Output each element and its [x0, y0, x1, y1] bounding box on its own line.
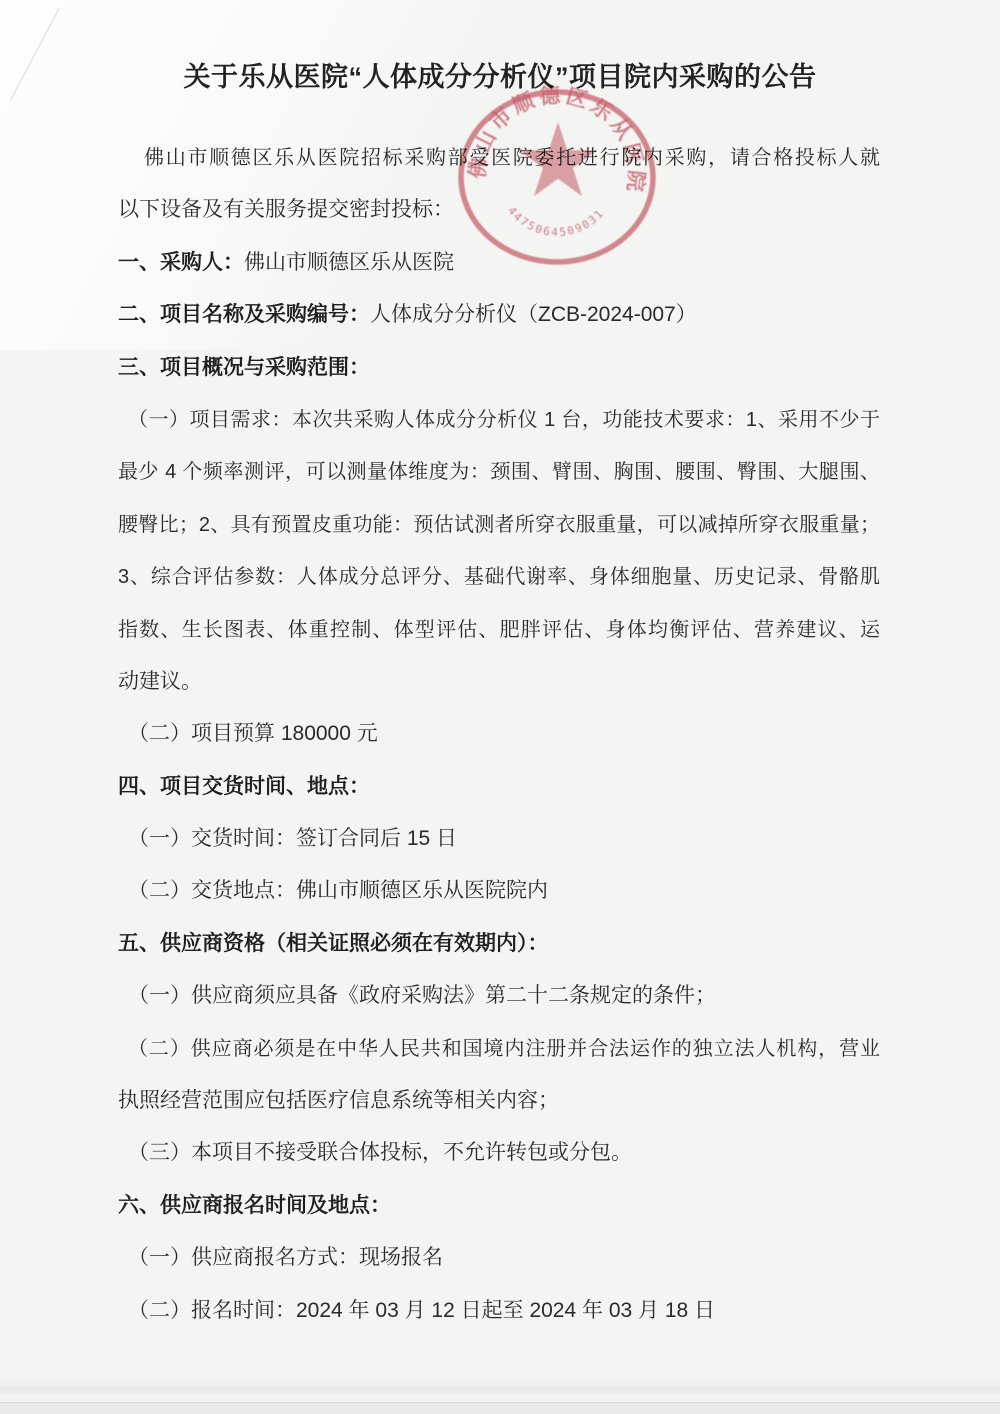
- requirement-line-2-text: 最少 4 个频率测评，可以测量体维度为：颈围、臂围、胸围、腰围、臀围、大腿围、: [118, 461, 880, 483]
- delivery-place-text: （二）交货地点：佛山市顺德区乐从医院院内: [128, 879, 548, 902]
- qualification-line-2-text: （二）供应商必须是在中华人民共和国境内注册并合法运作的独立法人机构，营业: [128, 1038, 880, 1060]
- qualification-line-3-text: 执照经营范围应包括医疗信息系统等相关内容；: [118, 1089, 559, 1112]
- section-6-heading-text: 六、供应商报名时间及地点：: [118, 1194, 391, 1217]
- requirement-line-1-text: （一）项目需求：本次共采购人体成分分析仪 1 台，功能技术要求：1、采用不少于: [128, 409, 880, 431]
- requirement-line-3-text: 腰臀比；2、具有预置皮重功能：预估试测者所穿衣服重量，可以减掉所穿衣服重量；: [118, 514, 880, 536]
- budget-line: （二）项目预算 180000 元: [118, 708, 880, 760]
- registration-method-line: （一）供应商报名方式：现场报名: [118, 1232, 880, 1284]
- intro-line-1: 佛山市顺德区乐从医院招标采购部受医院委托进行院内采购，请合格投标人就: [118, 132, 880, 184]
- delivery-time-line: （一）交货时间：签订合同后 15 日: [118, 813, 880, 865]
- intro-line-2-text: 以下设备及有关服务提交密封投标：: [118, 198, 454, 221]
- document-title: 关于乐从医院“人体成分分析仪”项目院内采购的公告: [0, 56, 1000, 98]
- delivery-place-line: （二）交货地点：佛山市顺德区乐从医院院内: [118, 865, 880, 917]
- project-name-value: 人体成分分析仪（ZCB-2024-007）: [370, 303, 697, 326]
- section-6-heading: 六、供应商报名时间及地点：: [118, 1180, 880, 1232]
- requirement-line-2: 最少 4 个频率测评，可以测量体维度为：颈围、臂围、胸围、腰围、臀围、大腿围、: [118, 446, 880, 498]
- requirement-line-5: 指数、生长图表、体重控制、体型评估、肥胖评估、身体均衡评估、营养建议、运: [118, 604, 880, 656]
- qualification-line-3: 执照经营范围应包括医疗信息系统等相关内容；: [118, 1075, 880, 1127]
- buyer-line: 一、采购人：佛山市顺德区乐从医院: [118, 237, 880, 289]
- registration-time-line: （二）报名时间：2024 年 03 月 12 日起至 2024 年 03 月 1…: [118, 1285, 880, 1337]
- requirement-line-1: （一）项目需求：本次共采购人体成分分析仪 1 台，功能技术要求：1、采用不少于: [118, 394, 880, 446]
- buyer-label: 一、采购人：: [118, 251, 244, 274]
- buyer-value: 佛山市顺德区乐从医院: [244, 251, 454, 274]
- intro-line-1-text: 佛山市顺德区乐从医院招标采购部受医院委托进行院内采购，请合格投标人就: [144, 147, 880, 169]
- section-4-heading: 四、项目交货时间、地点：: [118, 761, 880, 813]
- budget-line-text: （二）项目预算 180000 元: [128, 722, 378, 745]
- scan-texture-band: [0, 1380, 1000, 1396]
- requirement-line-4: 3、综合评估参数：人体成分总评分、基础代谢率、身体细胞量、历史记录、骨骼肌: [118, 551, 880, 603]
- scan-shadow-bottom: [0, 1402, 1000, 1414]
- registration-method-text: （一）供应商报名方式：现场报名: [128, 1246, 443, 1269]
- requirement-line-6-text: 动建议。: [118, 670, 202, 693]
- qualification-line-1-text: （一）供应商须应具备《政府采购法》第二十二条规定的条件；: [128, 984, 716, 1007]
- project-name-label: 二、项目名称及采购编号：: [118, 303, 370, 326]
- qualification-line-4-text: （三）本项目不接受联合体投标，不允许转包或分包。: [128, 1141, 632, 1164]
- qualification-line-4: （三）本项目不接受联合体投标，不允许转包或分包。: [118, 1127, 880, 1179]
- delivery-time-text: （一）交货时间：签订合同后 15 日: [128, 827, 457, 850]
- requirement-line-4-text: 3、综合评估参数：人体成分总评分、基础代谢率、身体细胞量、历史记录、骨骼肌: [118, 566, 880, 588]
- registration-time-text: （二）报名时间：2024 年 03 月 12 日起至 2024 年 03 月 1…: [128, 1299, 715, 1322]
- requirement-line-6: 动建议。: [118, 656, 880, 708]
- requirement-line-5-text: 指数、生长图表、体重控制、体型评估、肥胖评估、身体均衡评估、营养建议、运: [118, 619, 880, 641]
- intro-line-2: 以下设备及有关服务提交密封投标：: [118, 184, 880, 236]
- section-4-heading-text: 四、项目交货时间、地点：: [118, 775, 370, 798]
- section-3-heading-text: 三、项目概况与采购范围：: [118, 356, 370, 379]
- qualification-line-2: （二）供应商必须是在中华人民共和国境内注册并合法运作的独立法人机构，营业: [118, 1023, 880, 1075]
- section-5-heading-text: 五、供应商资格（相关证照必须在有效期内）：: [118, 932, 549, 955]
- section-5-heading: 五、供应商资格（相关证照必须在有效期内）：: [118, 918, 880, 970]
- section-3-heading: 三、项目概况与采购范围：: [118, 342, 880, 394]
- qualification-line-1: （一）供应商须应具备《政府采购法》第二十二条规定的条件；: [118, 970, 880, 1022]
- requirement-line-3: 腰臀比；2、具有预置皮重功能：预估试测者所穿衣服重量，可以减掉所穿衣服重量；: [118, 499, 880, 551]
- project-name-line: 二、项目名称及采购编号：人体成分分析仪（ZCB-2024-007）: [118, 289, 880, 341]
- document-body: 佛山市顺德区乐从医院招标采购部受医院委托进行院内采购，请合格投标人就 以下设备及…: [118, 132, 880, 1337]
